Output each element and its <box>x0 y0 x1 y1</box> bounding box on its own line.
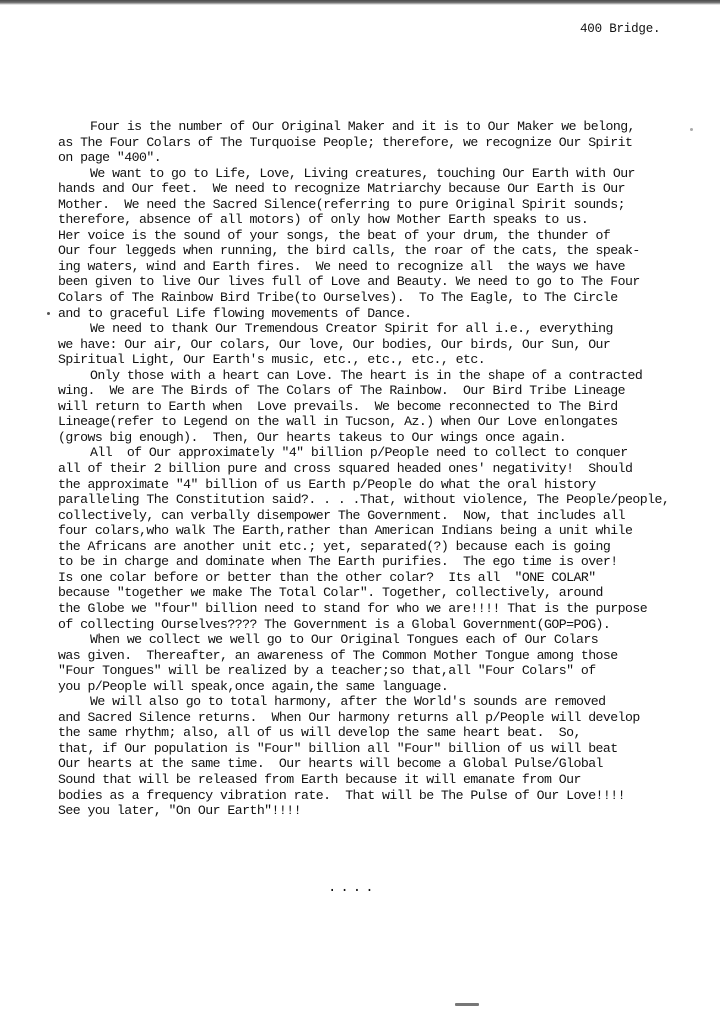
text-line: Our hearts at the same time. Our hearts … <box>58 756 698 772</box>
text-line: Only those with a heart can Love. The he… <box>58 368 698 384</box>
text-line: Our four leggeds when running, the bird … <box>58 243 698 259</box>
text-line: Sound that will be released from Earth b… <box>58 772 698 788</box>
text-line: because "together we make The Total Cola… <box>58 585 698 601</box>
text-line: the Africans are another unit etc.; yet,… <box>58 539 698 555</box>
text-line: Is one colar before or better than the o… <box>58 570 698 586</box>
text-line: four colars,who walk The Earth,rather th… <box>58 523 698 539</box>
text-line: Colars of The Rainbow Bird Tribe(to Ours… <box>58 290 698 306</box>
text-line: been given to live Our lives full of Lov… <box>58 274 698 290</box>
document-body: Four is the number of Our Original Maker… <box>58 119 698 819</box>
closing-ornament: .... <box>328 880 378 896</box>
text-line: collectively, can verbally disempower Th… <box>58 508 698 524</box>
text-line: we have: Our air, Our colars, Our love, … <box>58 337 698 353</box>
text-line: (grows big enough). Then, Our hearts tak… <box>58 430 698 446</box>
text-line: We will also go to total harmony, after … <box>58 694 698 710</box>
text-line: wing. We are The Birds of The Colars of … <box>58 383 698 399</box>
text-line: therefore, absence of all motors) of onl… <box>58 212 698 228</box>
text-line: on page "400". <box>58 150 698 166</box>
text-line: the approximate "4" billion of us Earth … <box>58 477 698 493</box>
text-line: Four is the number of Our Original Maker… <box>58 119 698 135</box>
text-line: We want to go to Life, Love, Living crea… <box>58 166 698 182</box>
scan-speck <box>690 128 693 131</box>
text-line: all of their 2 billion pure and cross sq… <box>58 461 698 477</box>
text-line: ing waters, wind and Earth fires. We nee… <box>58 259 698 275</box>
scan-speck <box>455 1003 479 1006</box>
text-line: will return to Earth when Love prevails.… <box>58 399 698 415</box>
text-line: as The Four Colars of The Turquoise Peop… <box>58 135 698 151</box>
text-line: Lineage(refer to Legend on the wall in T… <box>58 414 698 430</box>
text-line: paralleling The Constitution said?. . . … <box>58 492 698 508</box>
text-line: the same rhythm; also, all of us will de… <box>58 725 698 741</box>
scan-edge-shadow <box>0 0 720 5</box>
text-line: and to graceful Life flowing movements o… <box>58 306 698 322</box>
text-line: All of Our approximately "4" billion p/P… <box>58 445 698 461</box>
text-line: When we collect we well go to Our Origin… <box>58 632 698 648</box>
text-line: of collecting Ourselves???? The Governme… <box>58 617 698 633</box>
text-line: We need to thank Our Tremendous Creator … <box>58 321 698 337</box>
text-line: hands and Our feet. We need to recognize… <box>58 181 698 197</box>
text-line: "Four Tongues" will be realized by a tea… <box>58 663 698 679</box>
text-line: bodies as a frequency vibration rate. Th… <box>58 788 698 804</box>
text-line: you p/People will speak,once again,the s… <box>58 679 698 695</box>
text-line: the Globe we "four" billion need to stan… <box>58 601 698 617</box>
scan-speck <box>47 312 50 315</box>
text-line: was given. Thereafter, an awareness of T… <box>58 648 698 664</box>
text-line: Spiritual Light, Our Earth's music, etc.… <box>58 352 698 368</box>
text-line: and Sacred Silence returns. When Our har… <box>58 710 698 726</box>
text-line: that, if Our population is "Four" billio… <box>58 741 698 757</box>
text-line: to be in charge and dominate when The Ea… <box>58 554 698 570</box>
text-line: Her voice is the sound of your songs, th… <box>58 228 698 244</box>
text-line: Mother. We need the Sacred Silence(refer… <box>58 197 698 213</box>
text-line: See you later, "On Our Earth"!!!! <box>58 803 698 819</box>
page-label: 400 Bridge. <box>580 22 660 36</box>
